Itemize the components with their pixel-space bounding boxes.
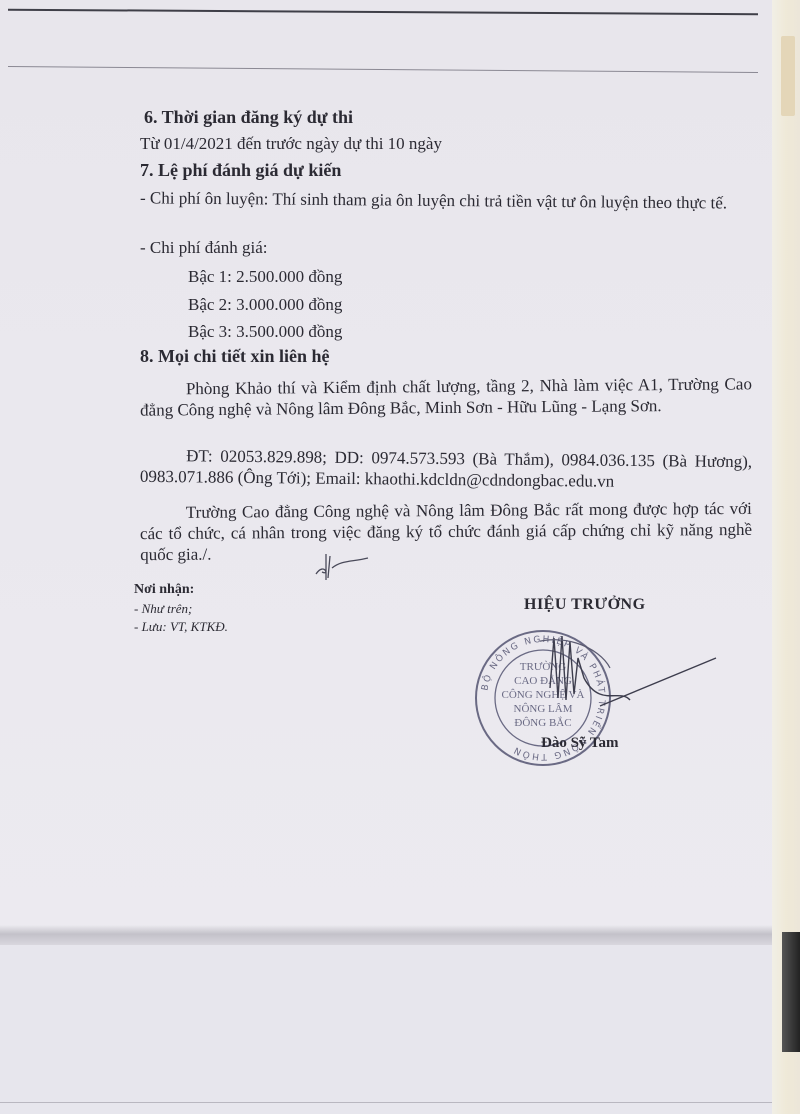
recipient-item: - Như trên; — [134, 601, 192, 617]
assessment-fee-label: - Chi phí đánh giá: — [140, 237, 267, 259]
signatory-title: HIỆU TRƯỞNG — [524, 596, 646, 614]
fee-level-2: Bậc 2: 3.000.000 đồng — [188, 294, 342, 316]
recipient-item: - Lưu: VT, KTKĐ. — [134, 619, 228, 635]
scanned-page: 6. Thời gian đăng ký dự thi Từ 01/4/2021… — [0, 0, 772, 1114]
registration-period: Từ 01/4/2021 đến trước ngày dự thi 10 ng… — [140, 133, 442, 155]
principal-signature-icon — [540, 628, 720, 728]
section-6-heading: 6. Thời gian đăng ký dự thi — [144, 106, 353, 128]
fee-level-3: Bậc 3: 3.500.000 đồng — [188, 321, 342, 343]
initials-signature-icon — [312, 552, 372, 582]
section-8-heading: 8. Mọi chi tiết xin liên hệ — [140, 345, 329, 367]
bottom-rule — [0, 1102, 772, 1103]
signatory-name: Đào Sỹ Tam — [541, 735, 619, 752]
fold-rule — [8, 66, 758, 73]
review-fee-text: - Chi phí ôn luyện: Thí sinh tham gia ôn… — [140, 187, 752, 214]
fee-level-1: Bậc 1: 2.500.000 đồng — [188, 266, 342, 288]
top-rule — [8, 9, 758, 16]
recipients-heading: Nơi nhận: — [134, 582, 194, 598]
section-7-heading: 7. Lệ phí đánh giá dự kiến — [140, 159, 341, 181]
lower-sheet — [0, 945, 772, 1114]
edge-shadow — [782, 932, 800, 1052]
address-text: Phòng Khảo thí và Kiểm định chất lượng, … — [140, 373, 752, 420]
contact-text: ĐT: 02053.829.898; DD: 0974.573.593 (Bà … — [140, 445, 752, 493]
closing-text: Trường Cao đẳng Công nghệ và Nông lâm Đô… — [140, 498, 752, 565]
binding-tab — [781, 36, 795, 116]
